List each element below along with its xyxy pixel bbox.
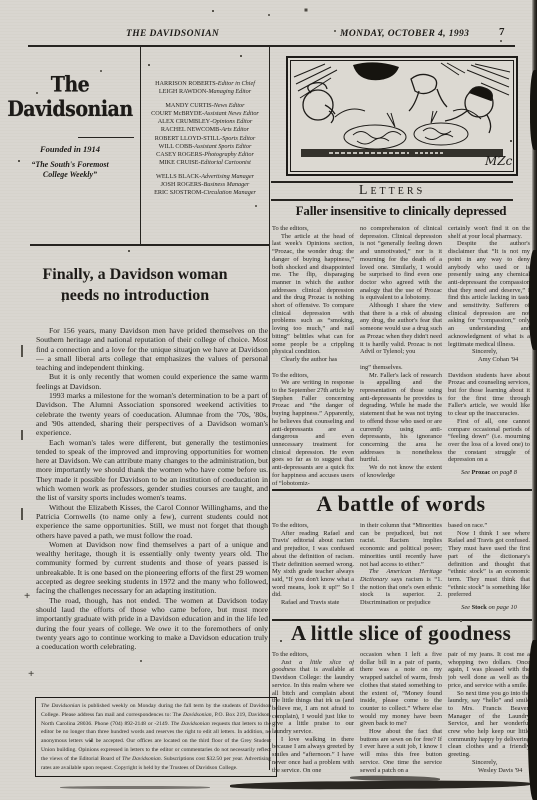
text-run: The Davidsonian [41, 703, 80, 709]
paragraph: Sincerely, [448, 759, 530, 767]
text-run: The article at the head of last week's O… [272, 233, 354, 356]
page-header-date: MONDAY, OCTOBER 4, 1993 [340, 29, 469, 39]
paragraph: I love walking in there because I am alw… [272, 736, 354, 775]
masthead-bottom-rule [30, 244, 269, 246]
notice-paragraph: The Davidsonian is published weekly on M… [41, 702, 271, 772]
paragraph: Rafael and Travis state [272, 599, 354, 607]
text-run: Davidsonian [183, 712, 212, 718]
paragraph: Amy Cohan '94 [448, 356, 530, 364]
text-run: Rafael and Travis state [281, 599, 339, 606]
paragraph: See Prozac on page 8 [448, 469, 530, 477]
paragraph: See Stock on page 10 [448, 604, 530, 612]
scan-margin-mark [21, 430, 23, 440]
letter-column: To the editors,After reading Rafael and … [272, 522, 354, 617]
text-run: Amy Cohan '94 [478, 356, 518, 363]
text-run: We are writing in response to the Septem… [272, 379, 354, 486]
paragraph: Davidson students have about Prozac and … [448, 372, 530, 418]
slice-letter-columns: To the editors,Just a little slice of go… [272, 651, 530, 797]
scan-registration-mark: + [28, 668, 34, 680]
newspaper-page: THE DAVIDSONIAN MONDAY, OCTOBER 4, 1993 … [0, 0, 537, 800]
staff-line: LEIGH RAWDON-Managing Editor [142, 88, 268, 96]
text-run: The road, though, has not ended. The wom… [36, 596, 268, 651]
text-run: -Sports Editor [220, 135, 255, 142]
motto: “The South's Foremost College Weekly” [0, 160, 140, 180]
text-run: 1993 marks a milestone for the woman's d… [36, 391, 268, 437]
text-run: -Photography Editor [202, 151, 254, 158]
letter-headline-battle: A battle of words [272, 491, 530, 517]
text-run: To the editors, [272, 522, 309, 529]
scan-edge-blob [529, 250, 537, 350]
staff-line: COURT McBRYDE-Assistant News Editor [142, 110, 268, 118]
paragraph: Just a little slice of goodness that is … [272, 659, 354, 736]
paragraph: We are writing in response to the Septem… [272, 379, 354, 486]
cartoon-drawing: MZc [291, 61, 513, 171]
text-run: We do not know the extent of knowledge [360, 464, 442, 479]
faller-letter-columns: To the editors,The article at the head o… [272, 225, 530, 486]
text-run: -Assistant Sports Editor [192, 143, 251, 150]
text-run: The Davidsonian [171, 721, 210, 727]
text-run: WELLS BLACK [156, 173, 199, 180]
founded-rule [78, 137, 134, 138]
text-run: MIKE CRUISE [159, 159, 198, 166]
text-run: JOSH ROGERS [161, 181, 202, 188]
staff-line: HARRISON ROBERTS-Editor in Chief [142, 80, 268, 88]
vertical-divider [269, 47, 270, 770]
text-run: Without the Elizabeth Kisses, the Carol … [36, 503, 268, 540]
paragraph: The road, though, has not ended. The wom… [36, 596, 268, 652]
paragraph: First of all, one cannot compare occasio… [448, 418, 530, 464]
paragraph: Each woman's tales were different, but g… [36, 438, 268, 503]
text-run: -Circulation Manager [201, 189, 256, 196]
page-header-title: THE DAVIDSONIAN [126, 29, 219, 39]
scan-margin-mark [21, 345, 23, 357]
paragraph: So next time you go into the laundry, sa… [448, 690, 530, 759]
text-run: ing” themselves. [360, 364, 403, 371]
text-run: -News Editor [212, 102, 245, 109]
text-run: LEIGH RAWDON [159, 88, 206, 95]
paragraph: But it is only recently that women could… [36, 372, 268, 391]
letter-column: based on race.”Now I think I see where R… [448, 522, 530, 617]
staff-line: CASEY ROGERS-Photography Editor [142, 151, 268, 159]
paragraph: The American Heritage Dictionary says ra… [360, 568, 442, 607]
cartoon-dark-blob [353, 62, 399, 80]
text-run: COURT McBRYDE [151, 110, 202, 117]
text-run: Clearly the author has [281, 356, 337, 363]
paragraph: After reading Rafael and Travis' editori… [272, 530, 354, 599]
editorial-headline-line1: Finally, a Davidson woman [0, 264, 270, 285]
paragraph: Without the Elizabeth Kisses, the Carol … [36, 503, 268, 540]
text-run: Although I share the view that there is … [360, 302, 442, 355]
scan-smudge [60, 786, 210, 789]
text-run: no comprehension of clinical depression.… [360, 225, 442, 301]
text-run: -Editor in Chief [216, 80, 255, 87]
text-run: So next time you go into the laundry, sa… [448, 690, 530, 759]
editorial-headline-line2: needs no introduction [0, 285, 270, 306]
text-run: -Assistant News Editor [202, 110, 259, 117]
cartoon-frame: MZc [290, 60, 514, 172]
text-run: certainly won't find it on the shelf at … [448, 225, 530, 240]
newspaper-logo: The Davidsonian [2, 72, 138, 121]
text-run: Each woman's tales were different, but g… [36, 438, 268, 503]
paragraph: Mr. Faller's lack of research is appalli… [360, 372, 442, 464]
text-run: To the editors, [272, 372, 309, 379]
text-run: Despite the author's disclaimer that “It… [448, 240, 530, 347]
text-run: Prozac [471, 469, 490, 476]
text-run: How about the fact that buttons are sewn… [360, 728, 442, 774]
text-run: -Business Manager [201, 181, 249, 188]
text-run: Sincerely, [472, 759, 497, 766]
paragraph: ing” themselves. [360, 364, 442, 372]
paragraph: The article at the head of last week's O… [272, 233, 354, 356]
text-run: Mr. Faller's lack of research is appalli… [360, 372, 442, 464]
text-run: Women at Davidson now find themselves a … [36, 540, 268, 595]
text-run: But it is only recently that women could… [36, 372, 268, 390]
text-run: I love walking in there because I am alw… [272, 736, 354, 774]
paragraph: For 156 years, many Davidson men have pr… [36, 326, 268, 372]
text-run: ROBERT LLOYD-STILL [155, 135, 220, 142]
text-run: that is available at Davidson College: t… [272, 666, 354, 735]
text-run: See [461, 469, 471, 476]
staff-line: ROBERT LLOYD-STILL-Sports Editor [142, 135, 268, 143]
header-rule [28, 45, 515, 47]
masthead-divider [140, 47, 141, 244]
text-run: in their column that “Minorities can be … [360, 522, 442, 568]
paragraph: Although I share the view that there is … [360, 302, 442, 356]
motto-line1: “The South's Foremost [0, 160, 140, 170]
text-run: ERIC SJOSTROM [154, 189, 201, 196]
text-run: Now I think I see where Rafael and Travi… [448, 530, 530, 599]
text-run: -Opinions Editor [210, 118, 252, 125]
letter-column: no comprehension of clinical depression.… [360, 225, 442, 486]
text-run: based on race.” [448, 522, 487, 529]
paragraph: Clearly the author has [272, 356, 354, 364]
letter-column: To the editors,The article at the head o… [272, 225, 354, 486]
text-run: RACHEL NEWCOMB [161, 126, 219, 133]
cartoon-figures [303, 74, 493, 133]
paragraph: We do not know the extent of knowledge [360, 464, 442, 479]
text-run: To the editors, [272, 651, 309, 658]
paragraph: in their column that “Minorities can be … [360, 522, 442, 568]
text-run: Sincerely, [472, 348, 497, 355]
paragraph: 1993 marks a milestone for the woman's d… [36, 391, 268, 437]
text-run: First of all, one cannot compare occasio… [448, 418, 530, 464]
staff-line: RACHEL NEWCOMB-Arts Editor [142, 126, 268, 134]
text-run: See [461, 604, 471, 611]
staff-line: JOSH ROGERS-Business Manager [142, 181, 268, 189]
scan-registration-mark: + [24, 590, 30, 602]
paragraph: no comprehension of clinical depression.… [360, 225, 442, 302]
publication-notice: The Davidsonian is published weekly on M… [35, 697, 277, 777]
text-run: -Editorial Cartoonist [198, 159, 250, 166]
paragraph: How about the fact that buttons are sewn… [360, 728, 442, 774]
battle-letter-columns: To the editors,After reading Rafael and … [272, 522, 530, 617]
scan-edge-blob [528, 640, 537, 800]
letter-headline-slice: A little slice of goodness [272, 621, 530, 646]
staff-line: WELLS BLACK-Advertising Manager [142, 173, 268, 181]
text-run: on page 10 [487, 604, 517, 611]
editorial-body: For 156 years, many Davidson men have pr… [36, 326, 268, 692]
text-run: pair of my jeans. It cost me a whopping … [448, 651, 530, 689]
paragraph: Wesley Davis '94 [448, 767, 530, 775]
scan-speckles [0, 0, 2, 2]
letters-rule-bottom [271, 199, 513, 201]
text-run: HARRISON ROBERTS [155, 80, 216, 87]
motto-line2: College Weekly” [0, 170, 140, 180]
paragraph: To the editors, [272, 372, 354, 380]
staff-line: WILL COBB-Assistant Sports Editor [142, 143, 268, 151]
text-run: on page 8 [490, 469, 517, 476]
page-number: 7 [499, 26, 505, 38]
scan-margin-mark [21, 508, 23, 520]
paragraph: To the editors, [272, 225, 354, 233]
letter-column: in their column that “Minorities can be … [360, 522, 442, 617]
paragraph: Despite the author's disclaimer that “It… [448, 240, 530, 348]
text-run: ALEX CRUMBLEY [158, 118, 210, 125]
text-run: -Advertising Manager [199, 173, 254, 180]
paragraph: certainly won't find it on the shelf at … [448, 225, 530, 240]
text-run: Wesley Davis '94 [478, 767, 522, 774]
paragraph: Now I think I see where Rafael and Travi… [448, 530, 530, 599]
text-run: -Managing Editor [206, 88, 251, 95]
letter-column: To the editors,Just a little slice of go… [272, 651, 354, 797]
editorial-headline: Finally, a Davidson woman needs no intro… [0, 264, 270, 306]
scan-edge-blob [530, 70, 537, 150]
text-run: Stock [472, 604, 487, 611]
paragraph: To the editors, [272, 651, 354, 659]
text-run: The Davidsonian [122, 756, 161, 762]
editorial-cartoon: MZc [286, 56, 518, 176]
paragraph: To the editors, [272, 522, 354, 530]
text-run: CASEY ROGERS [156, 151, 202, 158]
staff-line: ERIC SJOSTROM-Circulation Manager [142, 189, 268, 197]
text-run: -Arts Editor [219, 126, 249, 133]
text-run: For 156 years, many Davidson men have pr… [36, 326, 268, 372]
staff-line: MANDY CURTIS-News Editor [142, 102, 268, 110]
text-run: To the editors, [272, 225, 309, 232]
founded-line: Founded in 1914 [0, 144, 140, 154]
paragraph: pair of my jeans. It cost me a whopping … [448, 651, 530, 690]
cartoonist-signature: MZc [484, 154, 513, 168]
text-run: Davidson students have about Prozac and … [448, 372, 530, 418]
staff-list: HARRISON ROBERTS-Editor in ChiefLEIGH RA… [142, 80, 268, 197]
text-run: After reading Rafael and Travis' editori… [272, 530, 354, 599]
staff-line: MIKE CRUISE-Editorial Cartoonist [142, 159, 268, 167]
letters-banner: Letters [271, 183, 513, 199]
text-run: MANDY CURTIS [165, 102, 211, 109]
letter-headline-faller: Faller insensitive to clinically depress… [272, 203, 530, 219]
paragraph: Women at Davidson now find themselves a … [36, 540, 268, 596]
letter-column: certainly won't find it on the shelf at … [448, 225, 530, 486]
text-run: occasion when I left a five dollar bill … [360, 651, 442, 727]
text-run: WILL COBB [159, 143, 193, 150]
paragraph: Sincerely, [448, 348, 530, 356]
cartoon-table [335, 109, 481, 149]
letter-column: pair of my jeans. It cost me a whopping … [448, 651, 530, 797]
paragraph: based on race.” [448, 522, 530, 530]
staff-line: ALEX CRUMBLEY-Opinions Editor [142, 118, 268, 126]
paragraph: occasion when I left a five dollar bill … [360, 651, 442, 728]
